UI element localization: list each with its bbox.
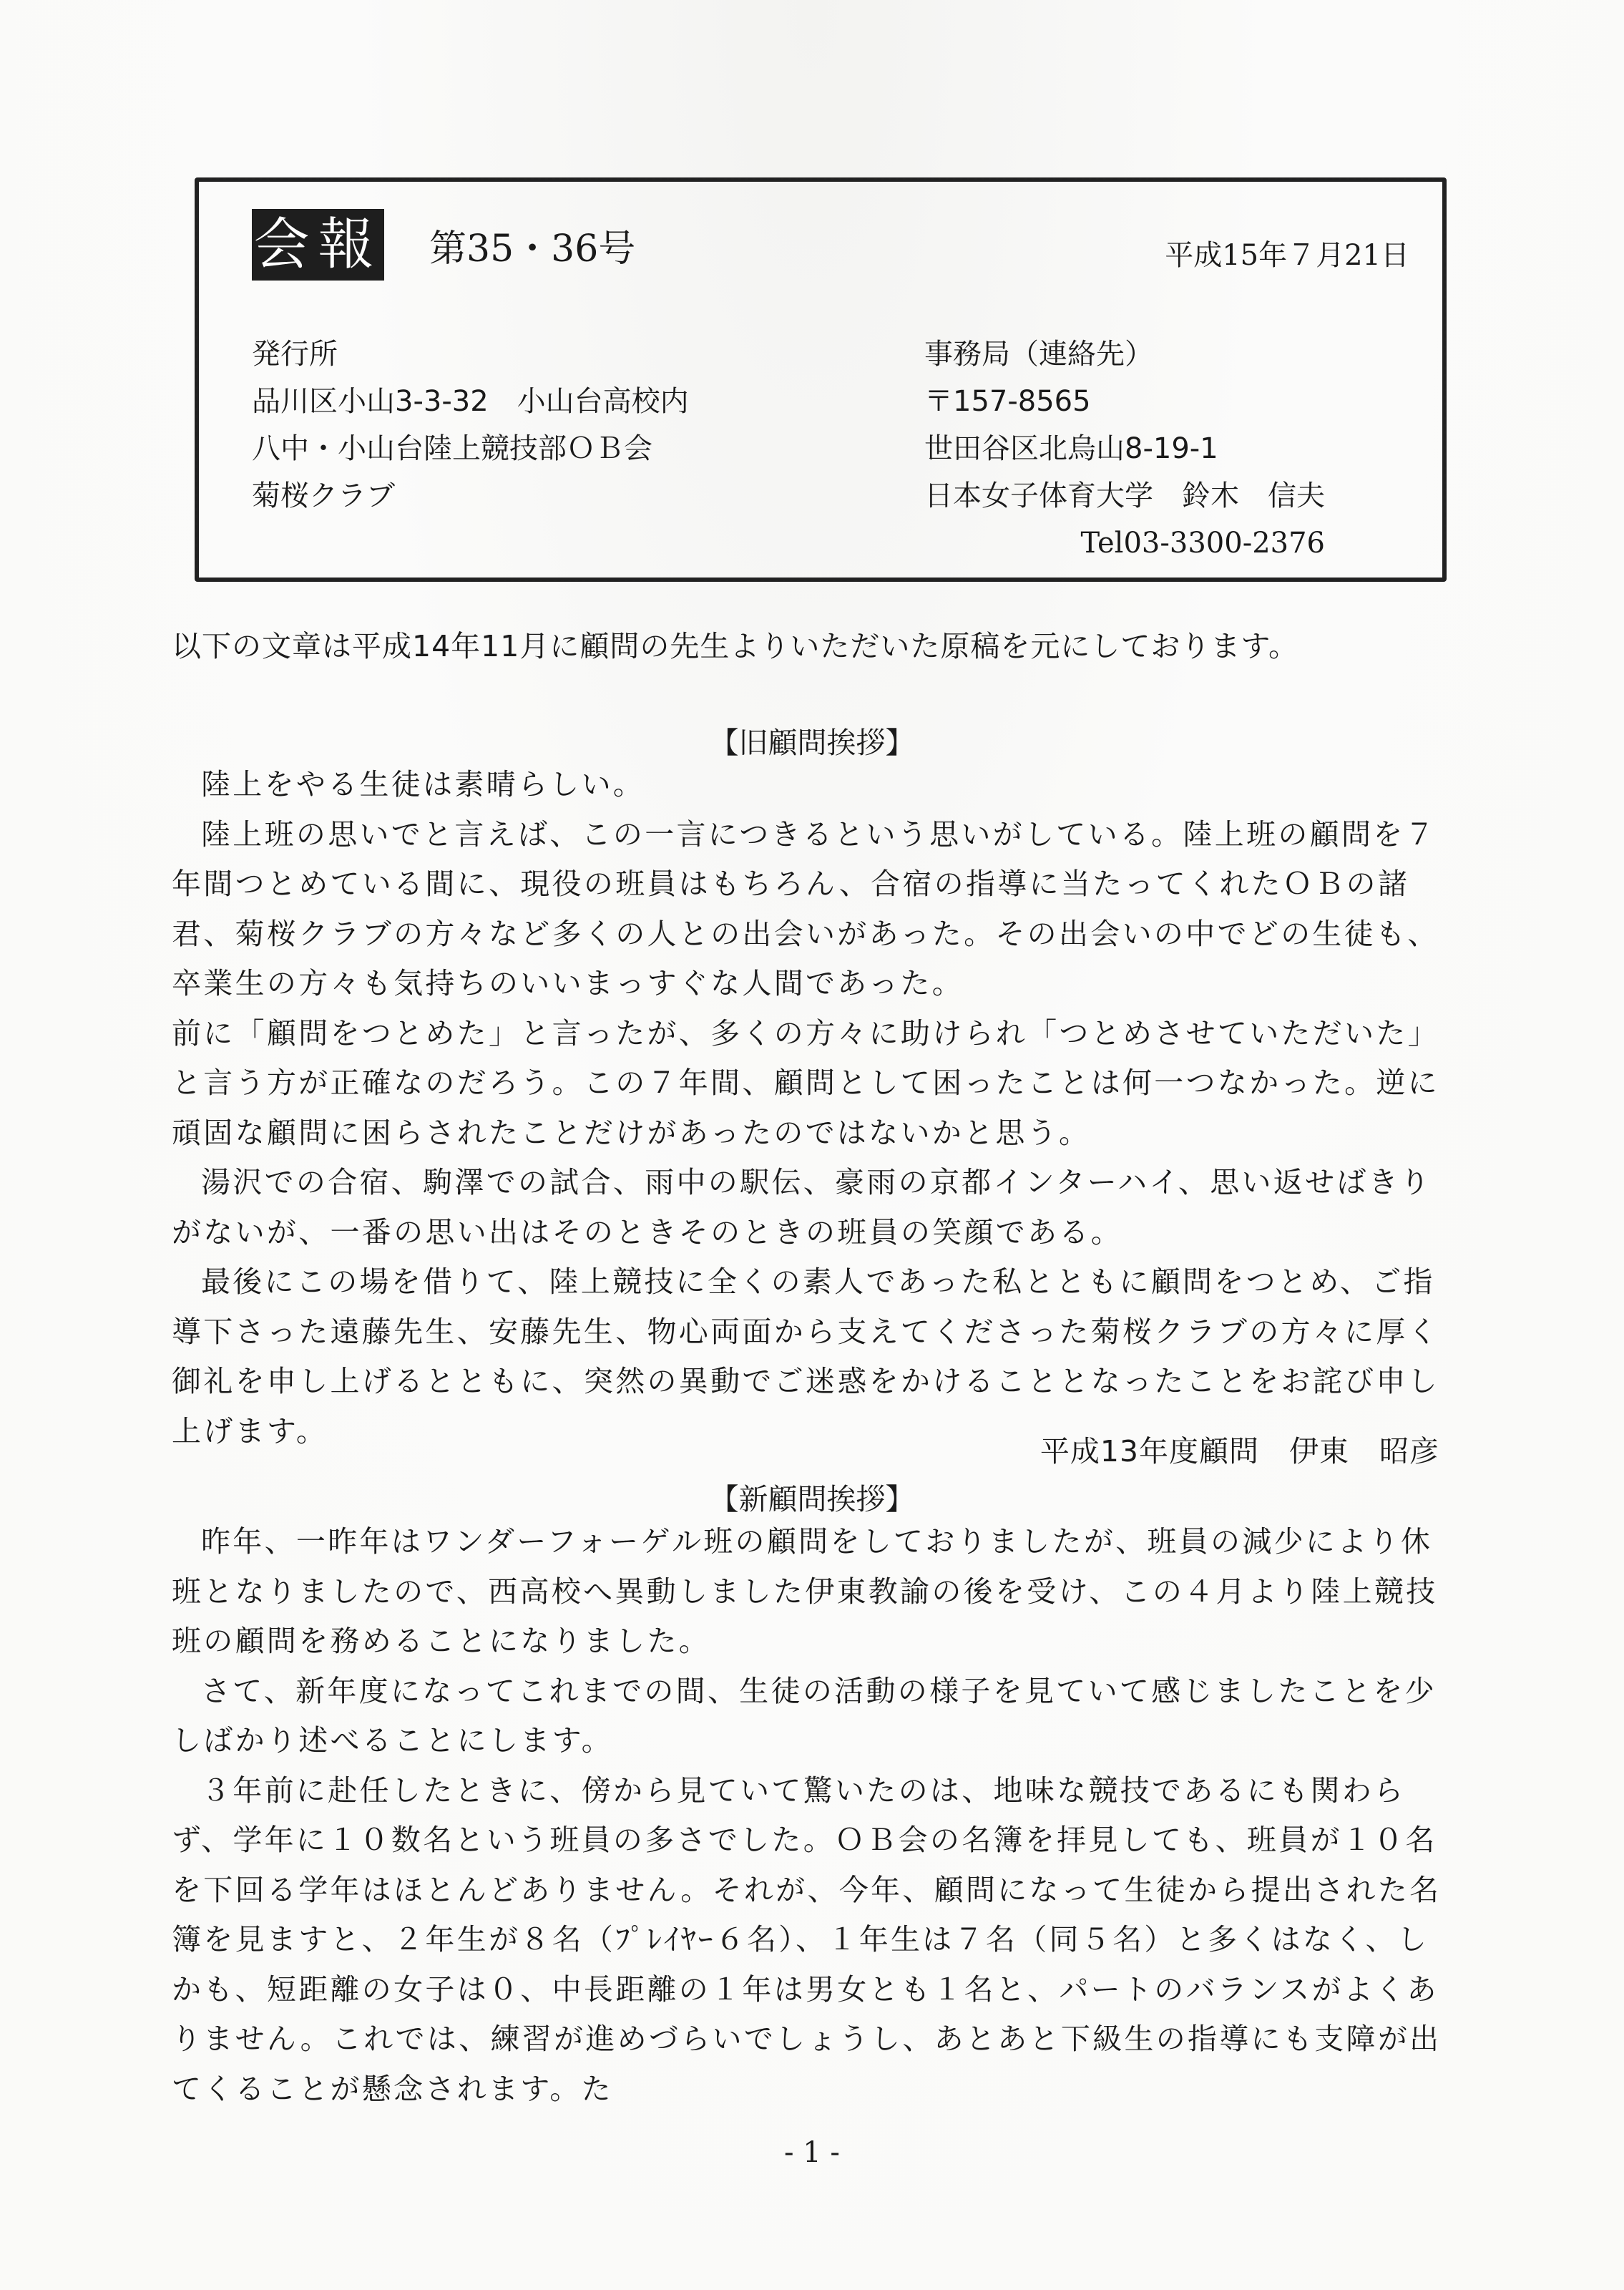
page-number: - 1 - [0, 2136, 1624, 2169]
paragraph: 昨年、一昨年はワンダーフォーゲル班の顧問をしておりましたが、班員の減少により休班… [172, 1517, 1445, 1667]
paragraph: 陸上班の思いでと言えば、この一言につきるという思いがしている。陸上班の顧問を７年… [172, 810, 1445, 1009]
issue-number: 第35・36号 [429, 218, 635, 272]
paragraph: さて、新年度になってこれまでの間、生徒の活動の様子を見ていて感じましたことを少し… [172, 1667, 1445, 1766]
paragraph: ３年前に赴任したときに、傍から見ていて驚いたのは、地味な競技であるにも関わらず、… [172, 1766, 1445, 2115]
section-heading-new-advisor: 【新顧問挨拶】 [0, 1476, 1624, 1518]
office-postal: 〒157-8565 [924, 378, 1325, 425]
intro-note: 以下の文章は平成14年11月に顧問の先生よりいただいた原稿を元にしております。 [172, 623, 1495, 665]
issue-date: 平成15年７月21日 [1165, 233, 1409, 273]
section-heading-former-advisor: 【旧顧問挨拶】 [0, 719, 1624, 761]
office-label: 事務局（連絡先） [924, 331, 1325, 378]
publisher-block: 発行所 品川区小山3-3-32 小山台高校内 八中・小山台陸上競技部ＯＢ会 菊桜… [252, 331, 689, 520]
paragraph: 最後にこの場を借りて、陸上競技に全くの素人であった私とともに顧問をつとめ、ご指導… [172, 1257, 1445, 1456]
former-advisor-body: 陸上をやる生徒は素晴らしい。 陸上班の思いでと言えば、この一言につきるという思い… [172, 760, 1445, 1456]
new-advisor-body: 昨年、一昨年はワンダーフォーゲル班の顧問をしておりましたが、班員の減少により休班… [172, 1517, 1445, 2114]
office-contact: 日本女子体育大学 鈴木 信夫 [924, 472, 1325, 520]
newsletter-title: 会報 [252, 209, 384, 281]
paragraph: 陸上をやる生徒は素晴らしい。 [172, 760, 1445, 810]
publisher-org: 八中・小山台陸上競技部ＯＢ会 [252, 425, 689, 472]
office-tel: Tel03-3300-2376 [924, 520, 1325, 567]
publisher-address: 品川区小山3-3-32 小山台高校内 [252, 378, 689, 425]
publisher-club: 菊桜クラブ [252, 472, 689, 520]
publisher-label: 発行所 [252, 331, 689, 378]
former-advisor-signature: 平成13年度顧問 伊東 昭彦 [1040, 1428, 1439, 1470]
paragraph: 前に「顧問をつとめた」と言ったが、多くの方々に助けられ「つとめさせていただいた」… [172, 1009, 1445, 1159]
paragraph: 湯沢での合宿、駒澤での試合、雨中の駅伝、豪雨の京都インターハイ、思い返せばきりが… [172, 1158, 1445, 1257]
office-block: 事務局（連絡先） 〒157-8565 世田谷区北烏山8-19-1 日本女子体育大… [924, 331, 1325, 567]
office-address: 世田谷区北烏山8-19-1 [924, 425, 1325, 472]
